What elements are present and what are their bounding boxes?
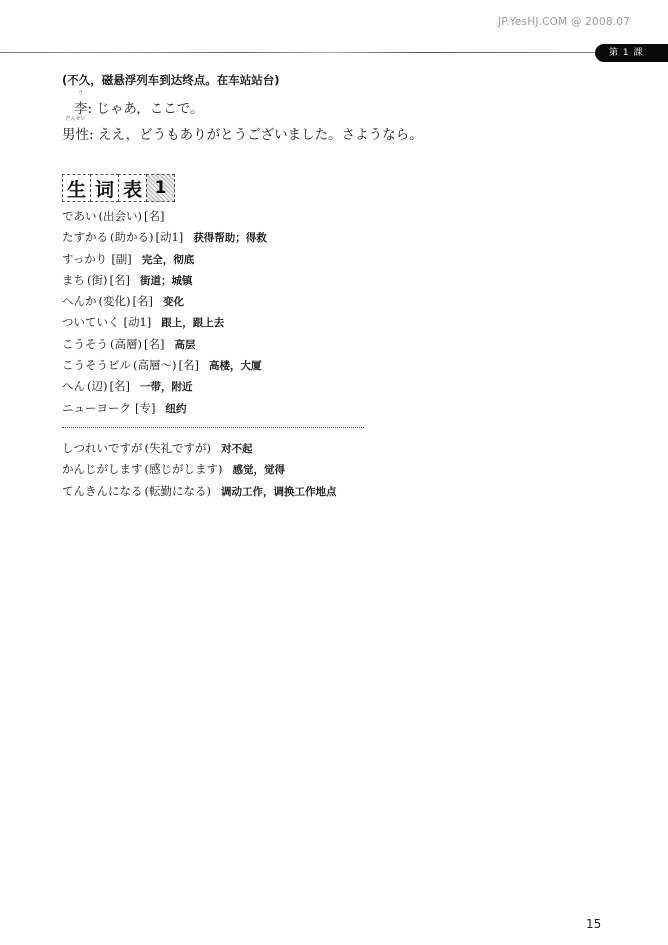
vocab-pos: [名] [109, 379, 129, 393]
vocab-original: (変化) [99, 294, 131, 308]
phrase-kana: しつれいですが [62, 441, 143, 455]
vocab-item: こうそう(高層)[名]高层 [62, 334, 423, 355]
phrase-original: (転勤になる) [145, 484, 211, 498]
vocab-item: たすかる(助かる)[动1]获得帮助；得救 [62, 227, 423, 248]
vocab-kana: へん [62, 379, 85, 393]
speaker: だんせい 男性 [62, 118, 89, 152]
vocab-item: へんか(変化)[名]变化 [62, 291, 423, 312]
vocab-pos: [名] [109, 273, 129, 287]
vocab-item: こうそうビル(高層～)[名]高楼，大厦 [62, 355, 423, 376]
speaker-name: 李 [74, 101, 88, 117]
vocab-item: へん(辺)[名]一带，附近 [62, 376, 423, 397]
vocab-kana: であい [62, 209, 97, 223]
dialogue-text: : ええ，どうもありがとうございました。さようなら。 [89, 127, 423, 143]
vocab-item: まち(街)[名]街道；城镇 [62, 270, 423, 291]
vocab-original: (辺) [87, 379, 107, 393]
vocab-original: (高層～) [133, 358, 176, 372]
vocab-original: (助かる) [110, 230, 153, 244]
phrase-meaning: 感觉，觉得 [232, 464, 285, 476]
dotted-divider [62, 427, 364, 428]
header-rule [0, 52, 600, 53]
phrase-original: (感じがします) [145, 462, 223, 476]
vocab-kana: たすかる [62, 230, 108, 244]
vocab-pos: [动1] [155, 230, 183, 244]
vocab-item: ニューヨーク[专]纽约 [62, 398, 423, 419]
vocab-pos: [名] [178, 358, 198, 372]
phrase-original: (失礼ですが) [145, 441, 211, 455]
vocab-kana: ニューヨーク [62, 401, 131, 415]
watermark: JP.YesHJ.COM @ 2008.07 [498, 16, 630, 28]
vocab-meaning: 高楼，大厦 [209, 360, 262, 372]
vocab-kana: すっかり [62, 252, 107, 266]
phrase-item: しつれいですが(失礼ですが)对不起 [62, 438, 423, 459]
vocab-title-char: 生 [62, 174, 91, 202]
vocab-kana: へんか [62, 294, 97, 308]
furigana: り [74, 90, 88, 96]
lesson-tab: 第 1 課 [595, 44, 668, 62]
page-content: (不久，磁悬浮列车到达终点。在车站站台) り 李 : じゃあ，ここで。 だんせい… [62, 72, 423, 502]
vocab-title: 生 词 表 1 [62, 174, 423, 202]
vocab-original: (高層) [110, 337, 142, 351]
vocab-meaning: 街道；城镇 [140, 275, 193, 287]
vocab-original: (出会い) [99, 209, 142, 223]
vocab-pos: [副] [111, 252, 131, 266]
phrase-meaning: 对不起 [221, 443, 253, 455]
vocab-item: すっかり[副]完全，彻底 [62, 249, 423, 270]
vocab-meaning: 跟上，跟上去 [161, 317, 224, 329]
vocab-title-char: 表 [118, 174, 147, 202]
vocab-meaning: 高层 [174, 339, 195, 351]
phrase-meaning: 调动工作，调换工作地点 [221, 486, 337, 498]
vocab-pos: [名] [132, 294, 152, 308]
phrase-kana: かんじがします [62, 462, 143, 476]
dialogue-line: り 李 : じゃあ，ここで。 [74, 92, 423, 118]
vocab-list: であい(出会い)[名] たすかる(助かる)[动1]获得帮助；得救 すっかり[副]… [62, 206, 423, 502]
phrase-item: かんじがします(感じがします)感觉，觉得 [62, 459, 423, 480]
vocab-kana: こうそうビル [62, 358, 131, 372]
vocab-pos: [名] [144, 337, 164, 351]
vocab-meaning: 纽约 [165, 403, 186, 415]
vocab-original: (街) [87, 273, 107, 287]
vocab-pos: [名] [144, 209, 164, 223]
phrase-kana: てんきんになる [62, 484, 143, 498]
vocab-pos: [专] [135, 401, 155, 415]
vocab-pos: [动1] [124, 315, 152, 329]
dialogue-text: : じゃあ，ここで。 [88, 101, 204, 117]
vocab-kana: ついていく [62, 315, 120, 329]
phrase-item: てんきんになる(転勤になる)调动工作，调换工作地点 [62, 481, 423, 502]
vocab-item: であい(出会い)[名] [62, 206, 423, 227]
vocab-meaning: 一带，附近 [140, 381, 193, 393]
dialogue-line: だんせい 男性 : ええ，どうもありがとうございました。さようなら。 [62, 118, 423, 144]
vocab-meaning: 变化 [163, 296, 184, 308]
furigana: だんせい [62, 116, 89, 122]
vocab-item: ついていく[动1]跟上，跟上去 [62, 312, 423, 333]
vocab-kana: こうそう [62, 337, 108, 351]
vocab-title-char: 词 [90, 174, 119, 202]
vocab-meaning: 获得帮助；得救 [193, 232, 267, 244]
page-number: 15 [586, 917, 601, 931]
speaker-name: 男性 [62, 127, 89, 143]
vocab-meaning: 完全，彻底 [142, 254, 195, 266]
vocab-kana: まち [62, 273, 85, 287]
stage-direction: (不久，磁悬浮列车到达终点。在车站站台) [62, 72, 423, 88]
vocab-title-number: 1 [146, 174, 175, 202]
